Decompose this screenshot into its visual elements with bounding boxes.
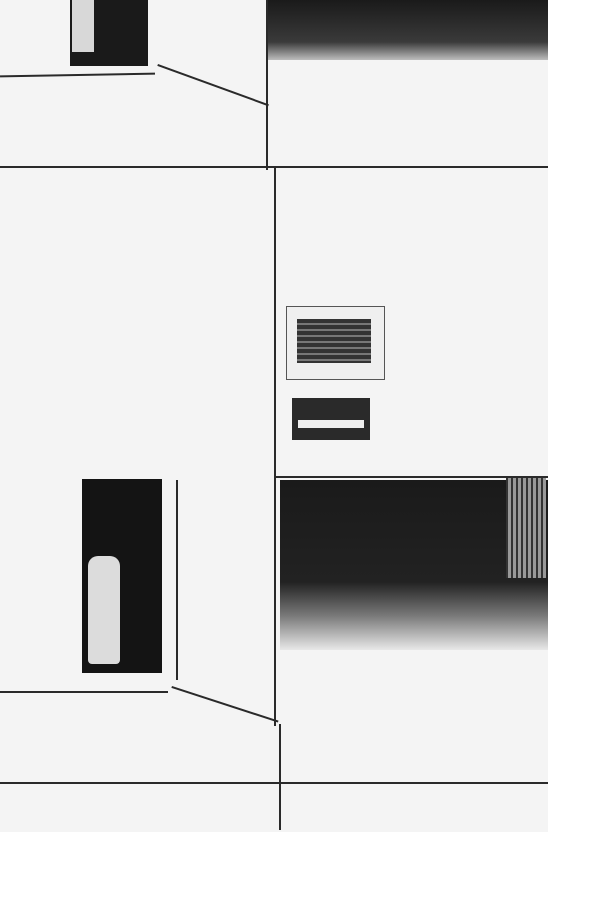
small-plaque — [292, 398, 370, 440]
vertical-seam-middle — [274, 166, 276, 726]
door-frame-right — [176, 480, 178, 680]
diagonal-step-top — [157, 64, 269, 106]
figure-top — [72, 0, 94, 52]
garage-ribs — [506, 478, 546, 578]
horizontal-seam-lower — [0, 782, 548, 784]
wall-base-line — [0, 691, 168, 693]
diagonal-step — [171, 686, 278, 723]
fabric-print — [0, 0, 548, 832]
wall-base-line-top — [0, 73, 155, 77]
framed-sign — [286, 306, 385, 380]
sign-inner — [297, 319, 371, 363]
figure-body — [88, 556, 120, 664]
vertical-seam-lower — [279, 724, 281, 830]
dark-ground-top-right — [268, 0, 548, 60]
plaque-strip — [298, 420, 364, 428]
